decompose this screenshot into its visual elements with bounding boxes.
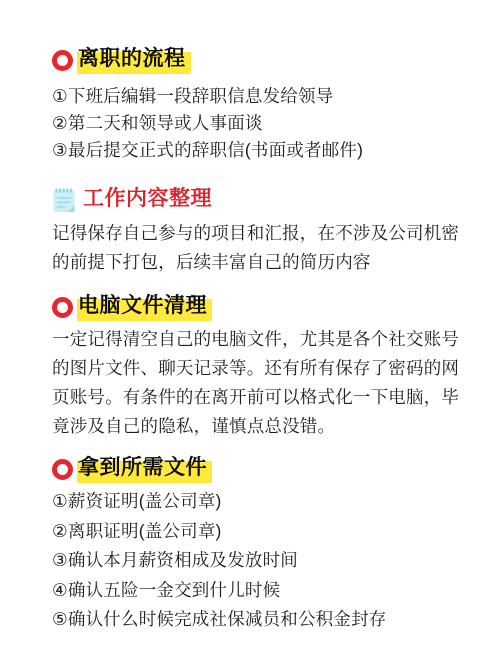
resign-steps-list: ①下班后编辑一段辞职信息发给领导 ②第二天和领导或人事面谈 ③最后提交正式的辞职… [52, 86, 474, 160]
notepad-icon [52, 186, 77, 214]
list-item: ④确认五险一金交到什儿时候 [52, 580, 474, 600]
section-required-files: 拿到所需文件 ①薪资证明(盖公司章) ②离职证明(盖公司章) ③确认本月薪资相成… [52, 455, 474, 629]
red-ring-icon [52, 459, 73, 480]
list-item: ⑤确认什么时候完成社保减员和公积金封存 [52, 609, 474, 629]
list-item: ③最后提交正式的辞职信(书面或者邮件) [52, 140, 474, 160]
note-page: 离职的流程 ①下班后编辑一段辞职信息发给领导 ②第二天和领导或人事面谈 ③最后提… [0, 0, 500, 654]
section-heading: 离职的流程 [52, 46, 474, 74]
section-heading: 拿到所需文件 [52, 455, 474, 483]
red-ring-icon [52, 297, 73, 318]
section-title: 工作内容整理 [81, 186, 214, 214]
section-title: 离职的流程 [77, 46, 191, 74]
section-computer-files: 电脑文件清理 一定记得清空自己的电脑文件，尤其是各个社交账号的图片文件、聊天记录… [52, 293, 474, 441]
section-heading: 工作内容整理 [52, 186, 474, 214]
section-work-content: 工作内容整理 记得保存自己参与的项目和汇报，在不涉及公司机密的前提下打包，后续丰… [52, 186, 474, 277]
section-title: 拿到所需文件 [77, 455, 212, 483]
list-item: ②离职证明(盖公司章) [52, 521, 474, 541]
computer-files-paragraph: 一定记得清空自己的电脑文件，尤其是各个社交账号的图片文件、聊天记录等。还有所有保… [52, 325, 474, 441]
red-ring-icon [52, 50, 73, 71]
list-item: ②第二天和领导或人事面谈 [52, 113, 474, 133]
work-content-paragraph: 记得保存自己参与的项目和汇报，在不涉及公司机密的前提下打包，后续丰富自己的简历内… [52, 219, 474, 277]
list-item: ③确认本月薪资相成及发放时间 [52, 550, 474, 570]
list-item: ①薪资证明(盖公司章) [52, 491, 474, 511]
required-files-list: ①薪资证明(盖公司章) ②离职证明(盖公司章) ③确认本月薪资相成及发放时间 ④… [52, 491, 474, 629]
section-title: 电脑文件清理 [77, 293, 212, 321]
section-resign-process: 离职的流程 ①下班后编辑一段辞职信息发给领导 ②第二天和领导或人事面谈 ③最后提… [52, 46, 474, 160]
section-heading: 电脑文件清理 [52, 293, 474, 321]
list-item: ①下班后编辑一段辞职信息发给领导 [52, 86, 474, 106]
